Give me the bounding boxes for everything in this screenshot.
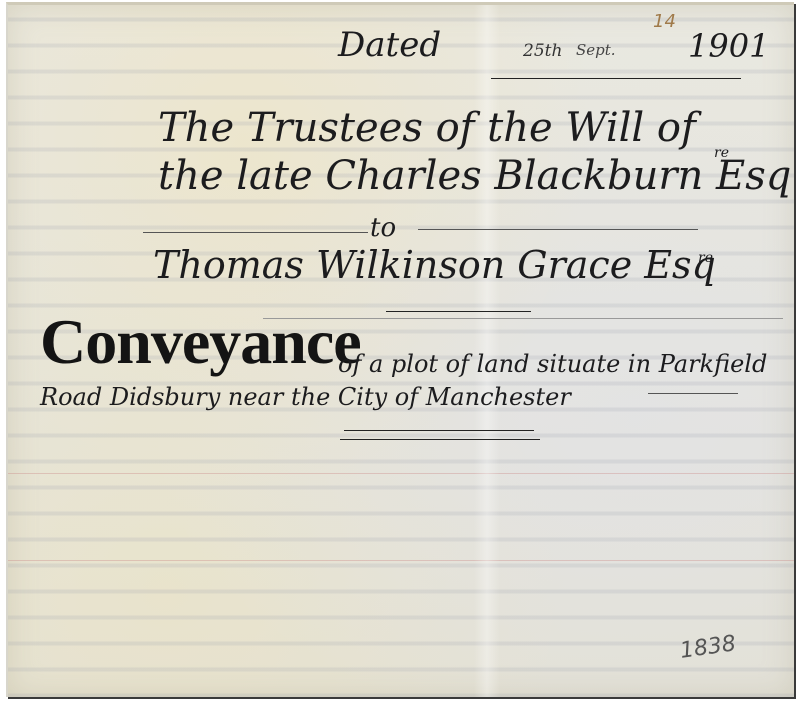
grantor-line-2: the late Charles Blackburn Esq — [158, 153, 791, 199]
to-label: to — [370, 213, 396, 243]
description-line-1: of a plot of land situate in Parkfield — [338, 350, 767, 378]
grantor-line-1: The Trustees of the Will of — [158, 105, 696, 151]
to-rule-right — [418, 229, 698, 230]
ruled-margin-line — [8, 560, 794, 561]
document-title: Conveyance — [40, 305, 361, 379]
ruled-margin-line — [8, 473, 794, 474]
date-year: 1901 — [688, 27, 769, 65]
description-line-2: Road Didsbury near the City of Mancheste… — [40, 383, 571, 411]
dated-label: Dated — [338, 25, 441, 65]
closing-rule-2 — [340, 439, 540, 440]
grantor-suffix: re — [714, 145, 729, 161]
date-underline — [491, 78, 741, 79]
description-tail-rule — [648, 393, 738, 394]
pencil-reference-number: 1838 — [679, 631, 738, 664]
to-rule-left — [143, 232, 368, 233]
grantee-name: Thomas Wilkinson Grace Esq — [153, 243, 716, 287]
date-day: 25th — [523, 41, 562, 61]
grantee-underline — [386, 311, 531, 312]
grantee-suffix: re — [698, 250, 713, 266]
date-month: Sept. — [576, 41, 616, 59]
title-rule — [263, 318, 783, 319]
deed-page: Dated 25th Sept. 1901 14 The Trustees of… — [6, 2, 794, 697]
closing-rule-1 — [344, 430, 534, 431]
date-pencil-annotation: 14 — [653, 11, 676, 32]
